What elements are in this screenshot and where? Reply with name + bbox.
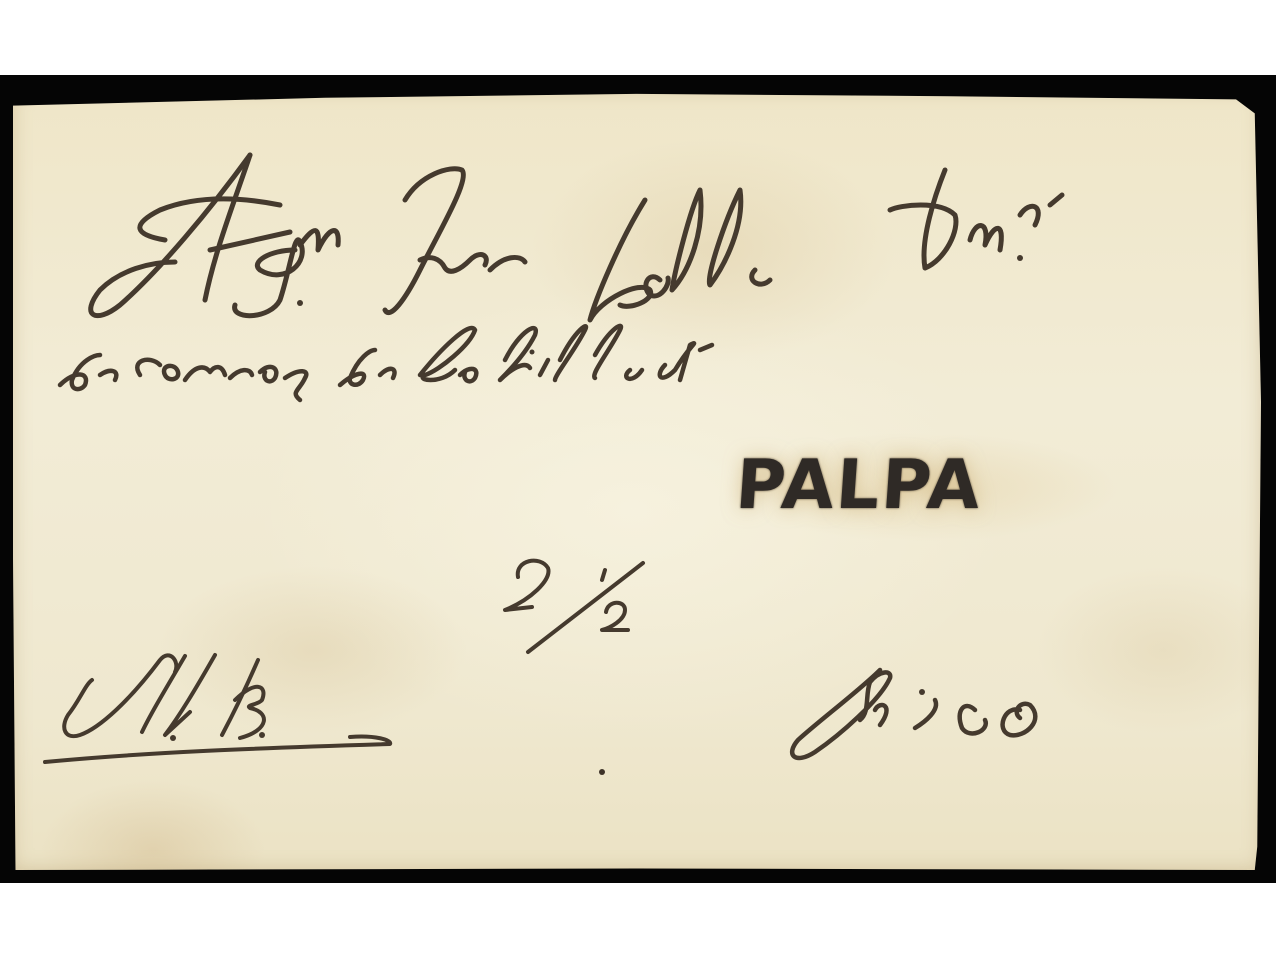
- destination-manuscript: [792, 670, 1035, 758]
- address-line-1-script: [91, 155, 1062, 320]
- postage-rate-manuscript: [505, 561, 643, 652]
- address-line-2-script: [60, 326, 712, 400]
- handwriting-layer: [0, 0, 1276, 956]
- ink-spot: [599, 769, 605, 775]
- initials-manuscript: [45, 655, 390, 762]
- palpa-postmark: PALPA: [733, 446, 984, 525]
